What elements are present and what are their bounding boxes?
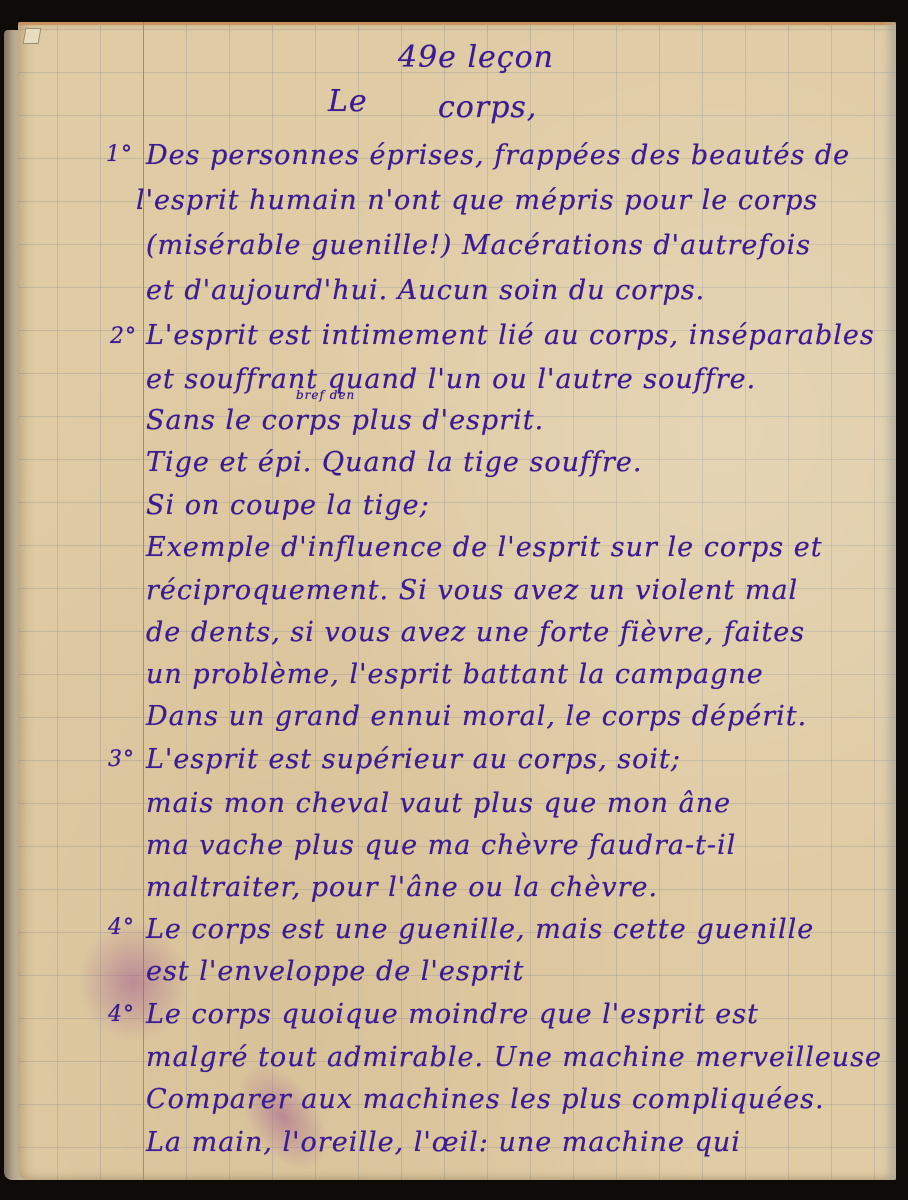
page-title: corps, [438, 90, 537, 125]
text-line: La main, l'oreille, l'œil: une machine q… [146, 1127, 741, 1158]
text-line: réciproquement. Si vous avez un violent … [146, 575, 798, 606]
text-line: (misérable guenille!) Macérations d'autr… [146, 230, 811, 261]
text-line: Des personnes éprises, frappées des beau… [146, 140, 850, 171]
text-line: Exemple d'influence de l'esprit sur le c… [146, 532, 823, 563]
section-number: 2° [110, 324, 137, 349]
text-line: Tige et épi. Quand la tige souffre. [146, 447, 642, 478]
notebook-page: 49e leçon Le corps, 1° Des personnes épr… [18, 22, 896, 1180]
text-line: de dents, si vous avez une forte fièvre,… [146, 617, 805, 648]
text-line: Si on coupe la tige; [146, 490, 430, 521]
page-corner-fold [23, 28, 42, 44]
text-line: un problème, l'esprit battant la campagn… [146, 659, 764, 690]
text-line: mais mon cheval vaut plus que mon âne [146, 788, 731, 819]
page-right-edge [882, 22, 896, 1180]
text-line: Sans le corps plus d'esprit. [146, 405, 544, 436]
interlinear-note: bref den [296, 388, 355, 402]
text-line: maltraiter, pour l'âne ou la chèvre. [146, 872, 658, 903]
text-line: ma vache plus que ma chèvre faudra-t-il [146, 830, 736, 861]
section-number: 1° [106, 142, 133, 167]
text-line: malgré tout admirable. Une machine merve… [146, 1042, 882, 1073]
text-line: et souffrant quand l'un ou l'autre souff… [146, 364, 756, 395]
text-line: et d'aujourd'hui. Aucun soin du corps. [146, 275, 705, 306]
text-line: Le corps quoique moindre que l'esprit es… [146, 999, 759, 1030]
text-line: l'esprit humain n'ont que mépris pour le… [136, 185, 818, 216]
text-line: Le corps est une guenille, mais cette gu… [146, 914, 814, 945]
lesson-number: 49e leçon [398, 40, 554, 75]
text-line: L'esprit est intimement lié au corps, in… [146, 320, 875, 351]
section-number: 4° [108, 915, 135, 940]
section-number: 3° [108, 747, 135, 772]
text-line: Dans un grand ennui moral, le corps dépé… [146, 701, 807, 732]
heading-prefix: Le [328, 84, 368, 119]
text-line: Comparer aux machines les plus compliqué… [146, 1084, 825, 1115]
text-line: est l'enveloppe de l'esprit [146, 956, 524, 987]
section-number: 4° [108, 1002, 135, 1027]
text-line: L'esprit est supérieur au corps, soit; [146, 744, 681, 775]
